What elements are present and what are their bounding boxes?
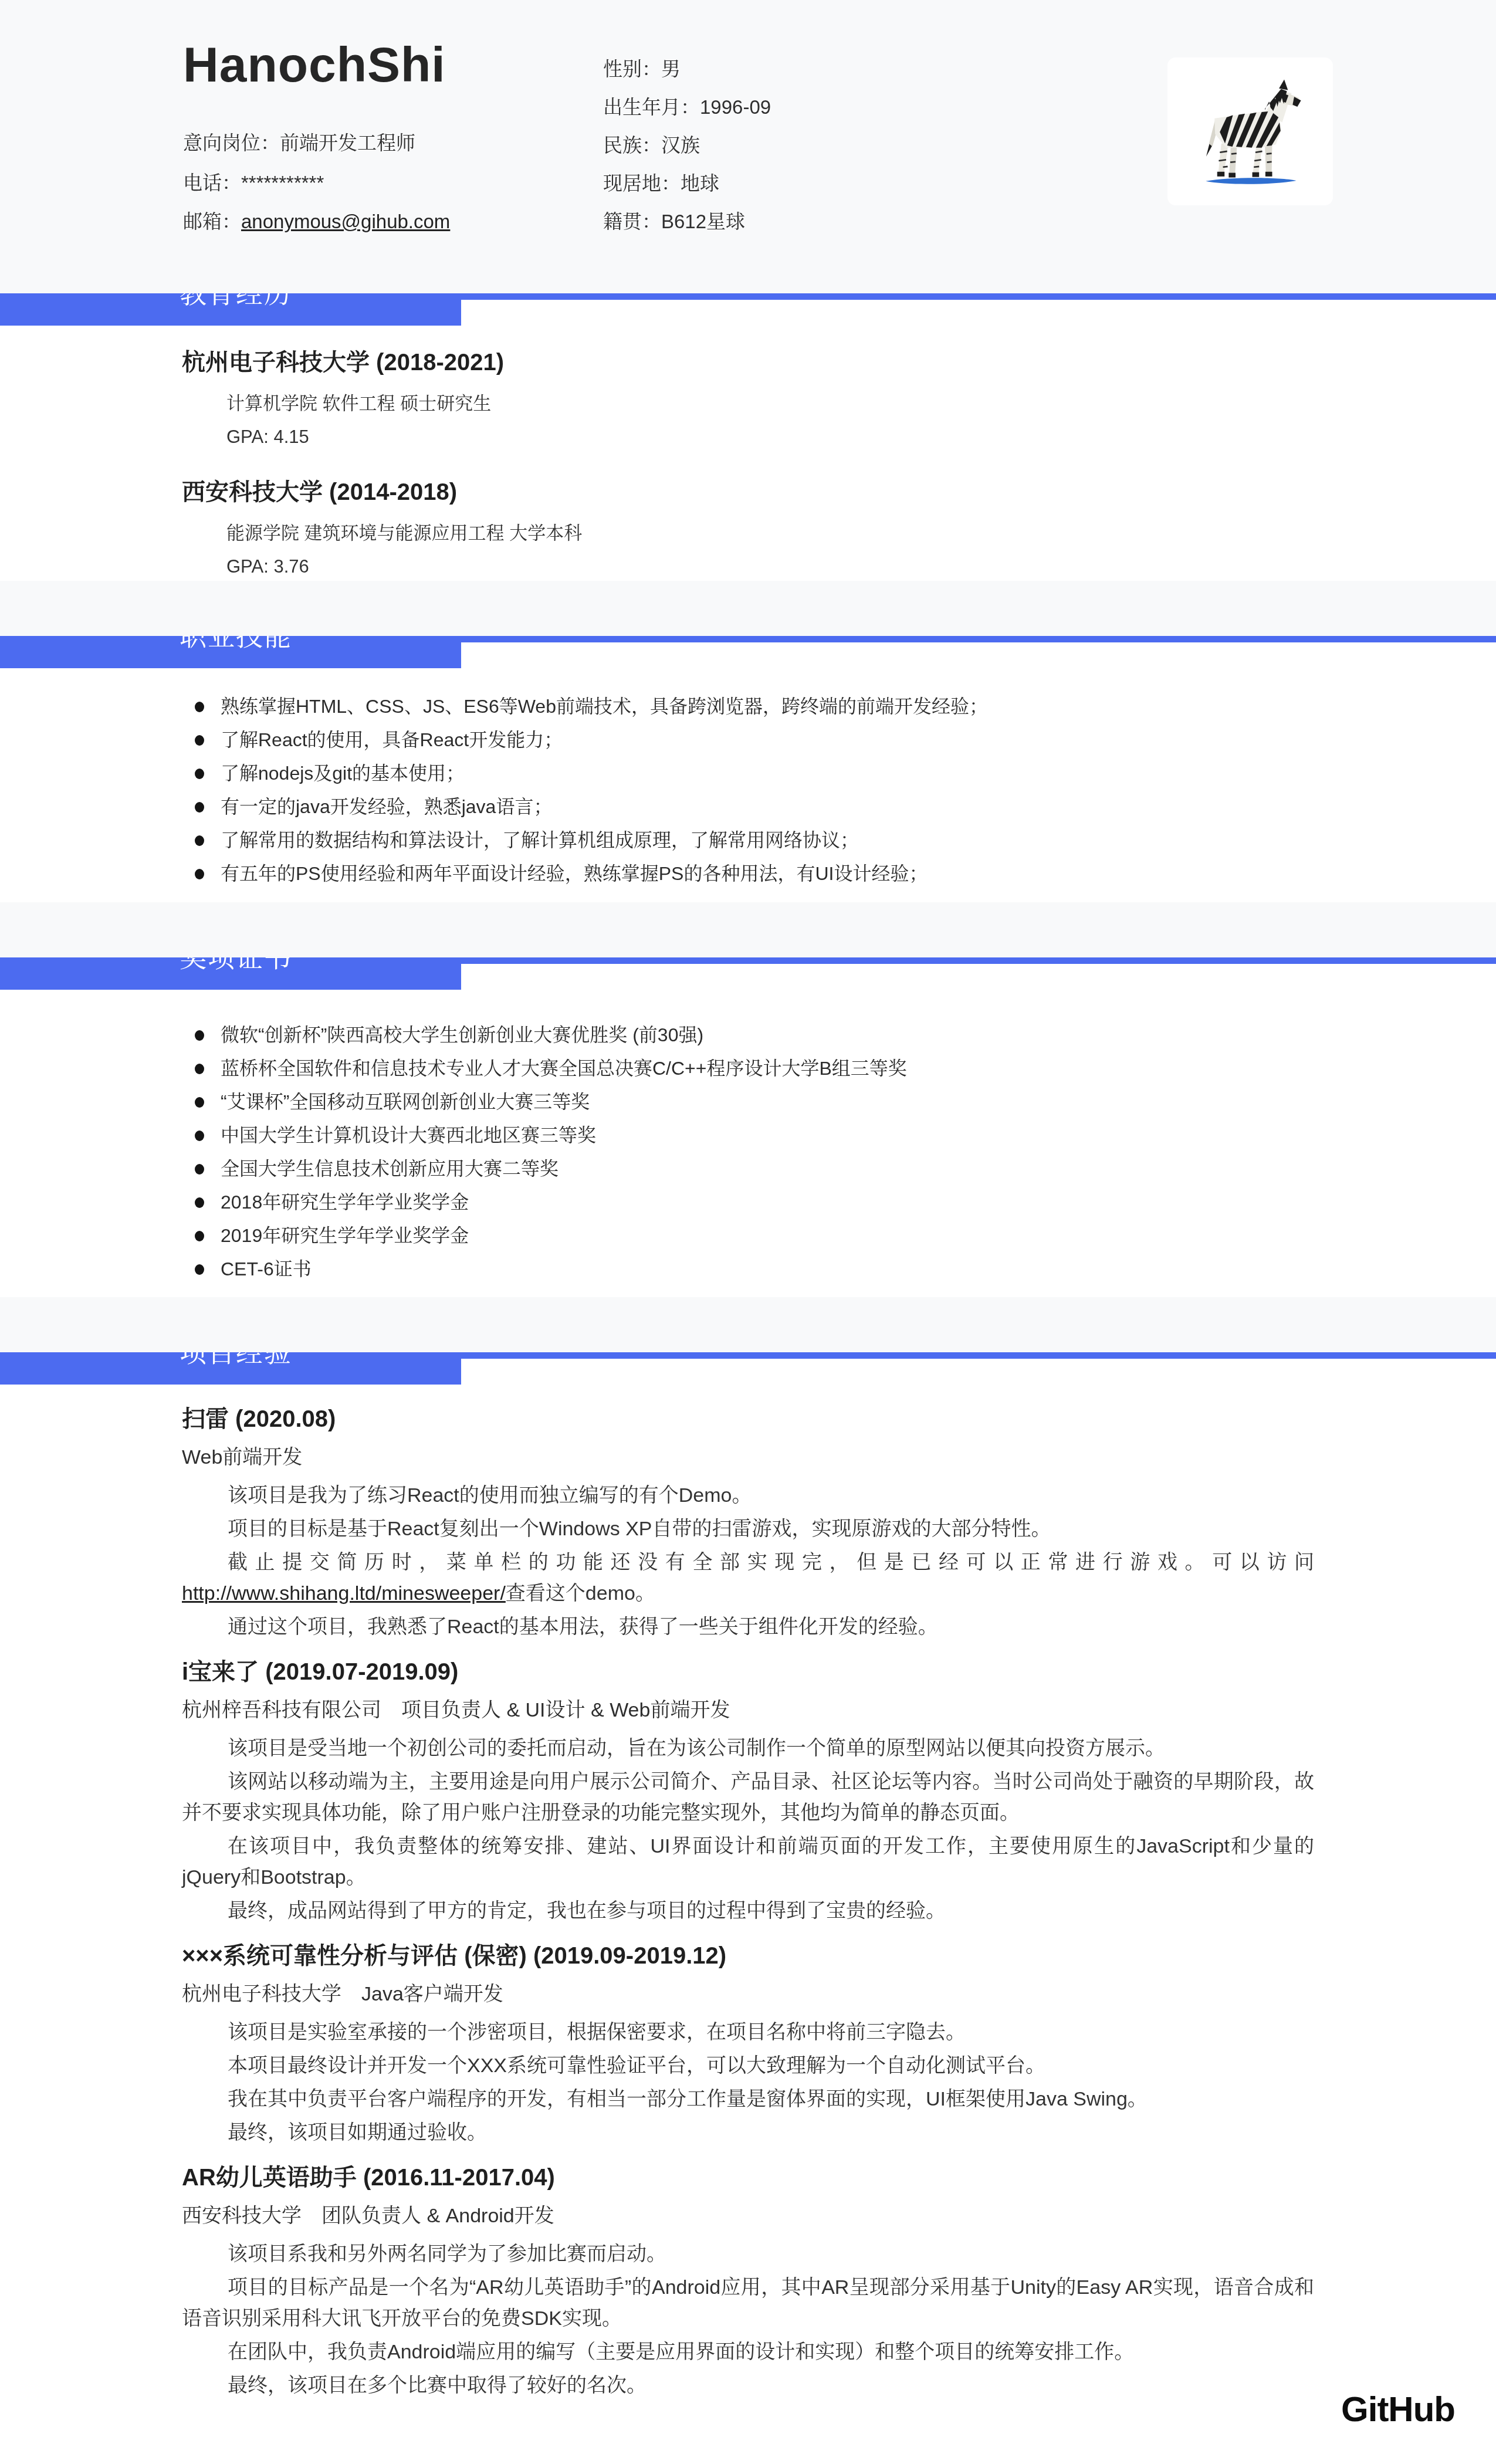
school-name: 西安科技大学 (2014-2018): [182, 473, 1314, 507]
section-title-education: 教育经历: [0, 293, 461, 326]
education-body: 杭州电子科技大学 (2018-2021) 计算机学院 软件工程 硕士研究生 GP…: [0, 293, 1496, 581]
awards-body: 微软“创新杯”陕西高校大学生创新创业大赛优胜奖 (前30强) 蓝桥杯全国软件和信…: [0, 957, 1496, 1286]
award-item: “艾课杯”全国移动互联网创新创业大赛三等奖: [194, 1085, 1314, 1119]
residence-row: 现居地：地球: [603, 168, 719, 196]
project-paragraph: 本项目最终设计并开发一个XXX系统可靠性验证平台，可以大致理解为一个自动化测试平…: [182, 2050, 1314, 2081]
project-paragraph: 最终，成品网站得到了甲方的肯定，我也在参与项目的过程中得到了宝贵的经验。: [182, 1896, 1314, 1927]
birth-row: 出生年月：1996-09: [603, 92, 771, 120]
email-label: 邮箱：: [183, 211, 241, 232]
bullet-icon: [195, 735, 204, 746]
section-skills: 职业技能 熟练掌握HTML、CSS、JS、ES6等Web前端技术，具备跨浏览器，…: [0, 636, 1496, 902]
project-title: i宝来了 (2019.07-2019.09): [182, 1658, 1314, 1686]
project-meta: 西安科技大学 团队负责人 & Android开发: [182, 2204, 1314, 2228]
skill-item: 了解nodejs及git的基本使用；: [194, 757, 1314, 790]
projects-body: 扫雷 (2020.08) Web前端开发 该项目是我为了练习React的使用而独…: [0, 1352, 1496, 2401]
project-paragraph: 项目的目标产品是一个名为“AR幼儿英语助手”的Android应用，其中AR呈现部…: [182, 2272, 1314, 2334]
hometown-row: 籍贯：B612星球: [603, 207, 745, 234]
project-reliability-platform: ×××系统可靠性分析与评估 (保密) (2019.09-2019.12) 杭州电…: [182, 1942, 1314, 2148]
project-minesweeper: 扫雷 (2020.08) Web前端开发 该项目是我为了练习React的使用而独…: [182, 1405, 1314, 1643]
phone-value: ***********: [241, 172, 324, 194]
project-paragraph: 该项目是受当地一个初创公司的委托而启动，旨在为该公司制作一个简单的原型网站以便其…: [182, 1733, 1314, 1764]
ethnicity-label: 民族：: [603, 134, 661, 156]
project-ar-english-assistant: AR幼儿英语助手 (2016.11-2017.04) 西安科技大学 团队负责人 …: [182, 2164, 1314, 2401]
hometown-label: 籍贯：: [603, 211, 661, 232]
skill-item: 了解常用的数据结构和算法设计，了解计算机组成原理，了解常用网络协议；: [194, 824, 1314, 857]
phone-row: 电话：***********: [183, 168, 324, 195]
ethnicity-value: 汉族: [661, 134, 700, 156]
project-title: ×××系统可靠性分析与评估 (保密) (2019.09-2019.12): [182, 1942, 1314, 1970]
birth-value: 1996-09: [700, 96, 771, 118]
award-item: 2018年研究生学年学业奖学金: [194, 1186, 1314, 1219]
bullet-icon: [195, 1231, 204, 1241]
zebra-illustration: [1177, 66, 1324, 197]
target-position-value: 前端开发工程师: [280, 132, 415, 154]
award-item: 蓝桥杯全国软件和信息技术专业人才大赛全国总决赛C/C++程序设计大学B组三等奖: [194, 1052, 1314, 1085]
bullet-icon: [195, 1164, 204, 1175]
email-row: 邮箱：anonymous@gihub.com: [183, 207, 450, 234]
awards-list: 微软“创新杯”陕西高校大学生创新创业大赛优胜奖 (前30强) 蓝桥杯全国软件和信…: [194, 1018, 1314, 1286]
bullet-icon: [195, 869, 204, 879]
target-position-label: 意向岗位：: [183, 132, 280, 154]
bullet-icon: [195, 1030, 204, 1041]
skill-item: 有一定的java开发经验，熟悉java语言；: [194, 790, 1314, 824]
gender-label: 性别：: [603, 58, 661, 80]
award-item: CET-6证书: [194, 1253, 1314, 1286]
minesweeper-demo-link[interactable]: http://www.shihang.ltd/minesweeper/: [182, 1582, 506, 1605]
project-paragraph: 截止提交简历时，菜单栏的功能还没有全部实现完，但是已经可以正常进行游戏。可以访问…: [182, 1547, 1314, 1609]
school-gpa: GPA: 4.15: [226, 420, 1314, 453]
project-ibao: i宝来了 (2019.07-2019.09) 杭州梓吾科技有限公司 项目负责人 …: [182, 1658, 1314, 1927]
birth-label: 出生年月：: [603, 96, 700, 118]
skills-list: 熟练掌握HTML、CSS、JS、ES6等Web前端技术，具备跨浏览器，跨终端的前…: [194, 690, 1314, 891]
target-position-row: 意向岗位：前端开发工程师: [183, 128, 415, 155]
project-paragraph: 该项目是我为了练习React的使用而独立编写的有个Demo。: [182, 1480, 1314, 1511]
bullet-icon: [195, 1097, 204, 1108]
residence-value: 地球: [681, 172, 719, 194]
section-education: 教育经历 杭州电子科技大学 (2018-2021) 计算机学院 软件工程 硕士研…: [0, 293, 1496, 581]
project-paragraph: 该项目是实验室承接的一个涉密项目，根据保密要求，在项目名称中将前三字隐去。: [182, 2017, 1314, 2048]
project-title: 扫雷 (2020.08): [182, 1405, 1314, 1433]
phone-label: 电话：: [183, 172, 241, 194]
education-entry: 西安科技大学 (2014-2018) 能源学院 建筑环境与能源应用工程 大学本科…: [182, 473, 1314, 581]
section-title-awards: 奖项证书: [0, 957, 461, 990]
github-wordmark: GitHub: [1341, 2389, 1455, 2429]
residence-label: 现居地：: [603, 172, 681, 194]
award-item: 中国大学生计算机设计大赛西北地区赛三等奖: [194, 1119, 1314, 1152]
school-gpa: GPA: 3.76: [226, 550, 1314, 581]
gender-value: 男: [661, 58, 681, 80]
bullet-icon: [195, 702, 204, 712]
section-title-projects: 项目经验: [0, 1352, 461, 1385]
bullet-icon: [195, 1264, 204, 1275]
candidate-name: HanochShi: [183, 36, 446, 93]
project-meta: Web前端开发: [182, 1445, 1314, 1470]
project-paragraph: 通过这个项目，我熟悉了React的基本用法，获得了一些关于组件化开发的经验。: [182, 1612, 1314, 1643]
bullet-icon: [195, 769, 204, 779]
project-paragraph: 我在其中负责平台客户端程序的开发，有相当一部分工作量是窗体界面的实现，UI框架使…: [182, 2084, 1314, 2115]
project-paragraph: 在团队中，我负责Android端应用的编写（主要是应用界面的设计和实现）和整个项…: [182, 2337, 1314, 2368]
project-meta: 杭州梓吾科技有限公司 项目负责人 & UI设计 & Web前端开发: [182, 1698, 1314, 1722]
project-paragraph: 项目的目标是基于React复刻出一个Windows XP自带的扫雷游戏，实现原游…: [182, 1514, 1314, 1545]
resume-page: HanochShi 意向岗位：前端开发工程师 电话：*********** 邮箱…: [0, 0, 1496, 2464]
hometown-value: B612星球: [661, 211, 745, 232]
skill-item: 了解React的使用，具备React开发能力；: [194, 723, 1314, 757]
school-detail: 能源学院 建筑环境与能源应用工程 大学本科: [226, 516, 1314, 550]
skill-item: 熟练掌握HTML、CSS、JS、ES6等Web前端技术，具备跨浏览器，跨终端的前…: [194, 690, 1314, 723]
ethnicity-row: 民族：汉族: [603, 130, 700, 158]
project-title: AR幼儿英语助手 (2016.11-2017.04): [182, 2164, 1314, 2192]
avatar: [1167, 57, 1333, 205]
award-item: 全国大学生信息技术创新应用大赛二等奖: [194, 1152, 1314, 1186]
bullet-icon: [195, 1131, 204, 1141]
education-entry: 杭州电子科技大学 (2018-2021) 计算机学院 软件工程 硕士研究生 GP…: [182, 344, 1314, 453]
bullet-icon: [195, 1064, 204, 1074]
section-title-skills: 职业技能: [0, 636, 461, 668]
email-link[interactable]: anonymous@gihub.com: [241, 211, 450, 232]
bullet-icon: [195, 1197, 204, 1208]
section-awards: 奖项证书 微软“创新杯”陕西高校大学生创新创业大赛优胜奖 (前30强) 蓝桥杯全…: [0, 957, 1496, 1297]
gender-row: 性别：男: [603, 54, 681, 82]
bullet-icon: [195, 802, 204, 813]
project-meta: 杭州电子科技大学 Java客户端开发: [182, 1982, 1314, 2006]
project-paragraph: 最终，该项目在多个比赛中取得了较好的名次。: [182, 2370, 1314, 2401]
award-item: 2019年研究生学年学业奖学金: [194, 1219, 1314, 1253]
project-paragraph: 最终，该项目如期通过验收。: [182, 2117, 1314, 2148]
school-name: 杭州电子科技大学 (2018-2021): [182, 344, 1314, 377]
school-detail: 计算机学院 软件工程 硕士研究生: [226, 387, 1314, 420]
project-paragraph: 该项目系我和另外两名同学为了参加比赛而启动。: [182, 2239, 1314, 2270]
skill-item: 有五年的PS使用经验和两年平面设计经验，熟练掌握PS的各种用法，有UI设计经验；: [194, 857, 1314, 891]
award-item: 微软“创新杯”陕西高校大学生创新创业大赛优胜奖 (前30强): [194, 1018, 1314, 1052]
section-projects: 项目经验 扫雷 (2020.08) Web前端开发 该项目是我为了练习React…: [0, 1352, 1496, 2464]
project-paragraph: 在该项目中，我负责整体的统筹安排、建站、UI界面设计和前端页面的开发工作，主要使…: [182, 1831, 1314, 1893]
project-paragraph: 该网站以移动端为主，主要用途是向用户展示公司简介、产品目录、社区论坛等内容。当时…: [182, 1766, 1314, 1829]
skills-body: 熟练掌握HTML、CSS、JS、ES6等Web前端技术，具备跨浏览器，跨终端的前…: [0, 636, 1496, 891]
bullet-icon: [195, 835, 204, 846]
